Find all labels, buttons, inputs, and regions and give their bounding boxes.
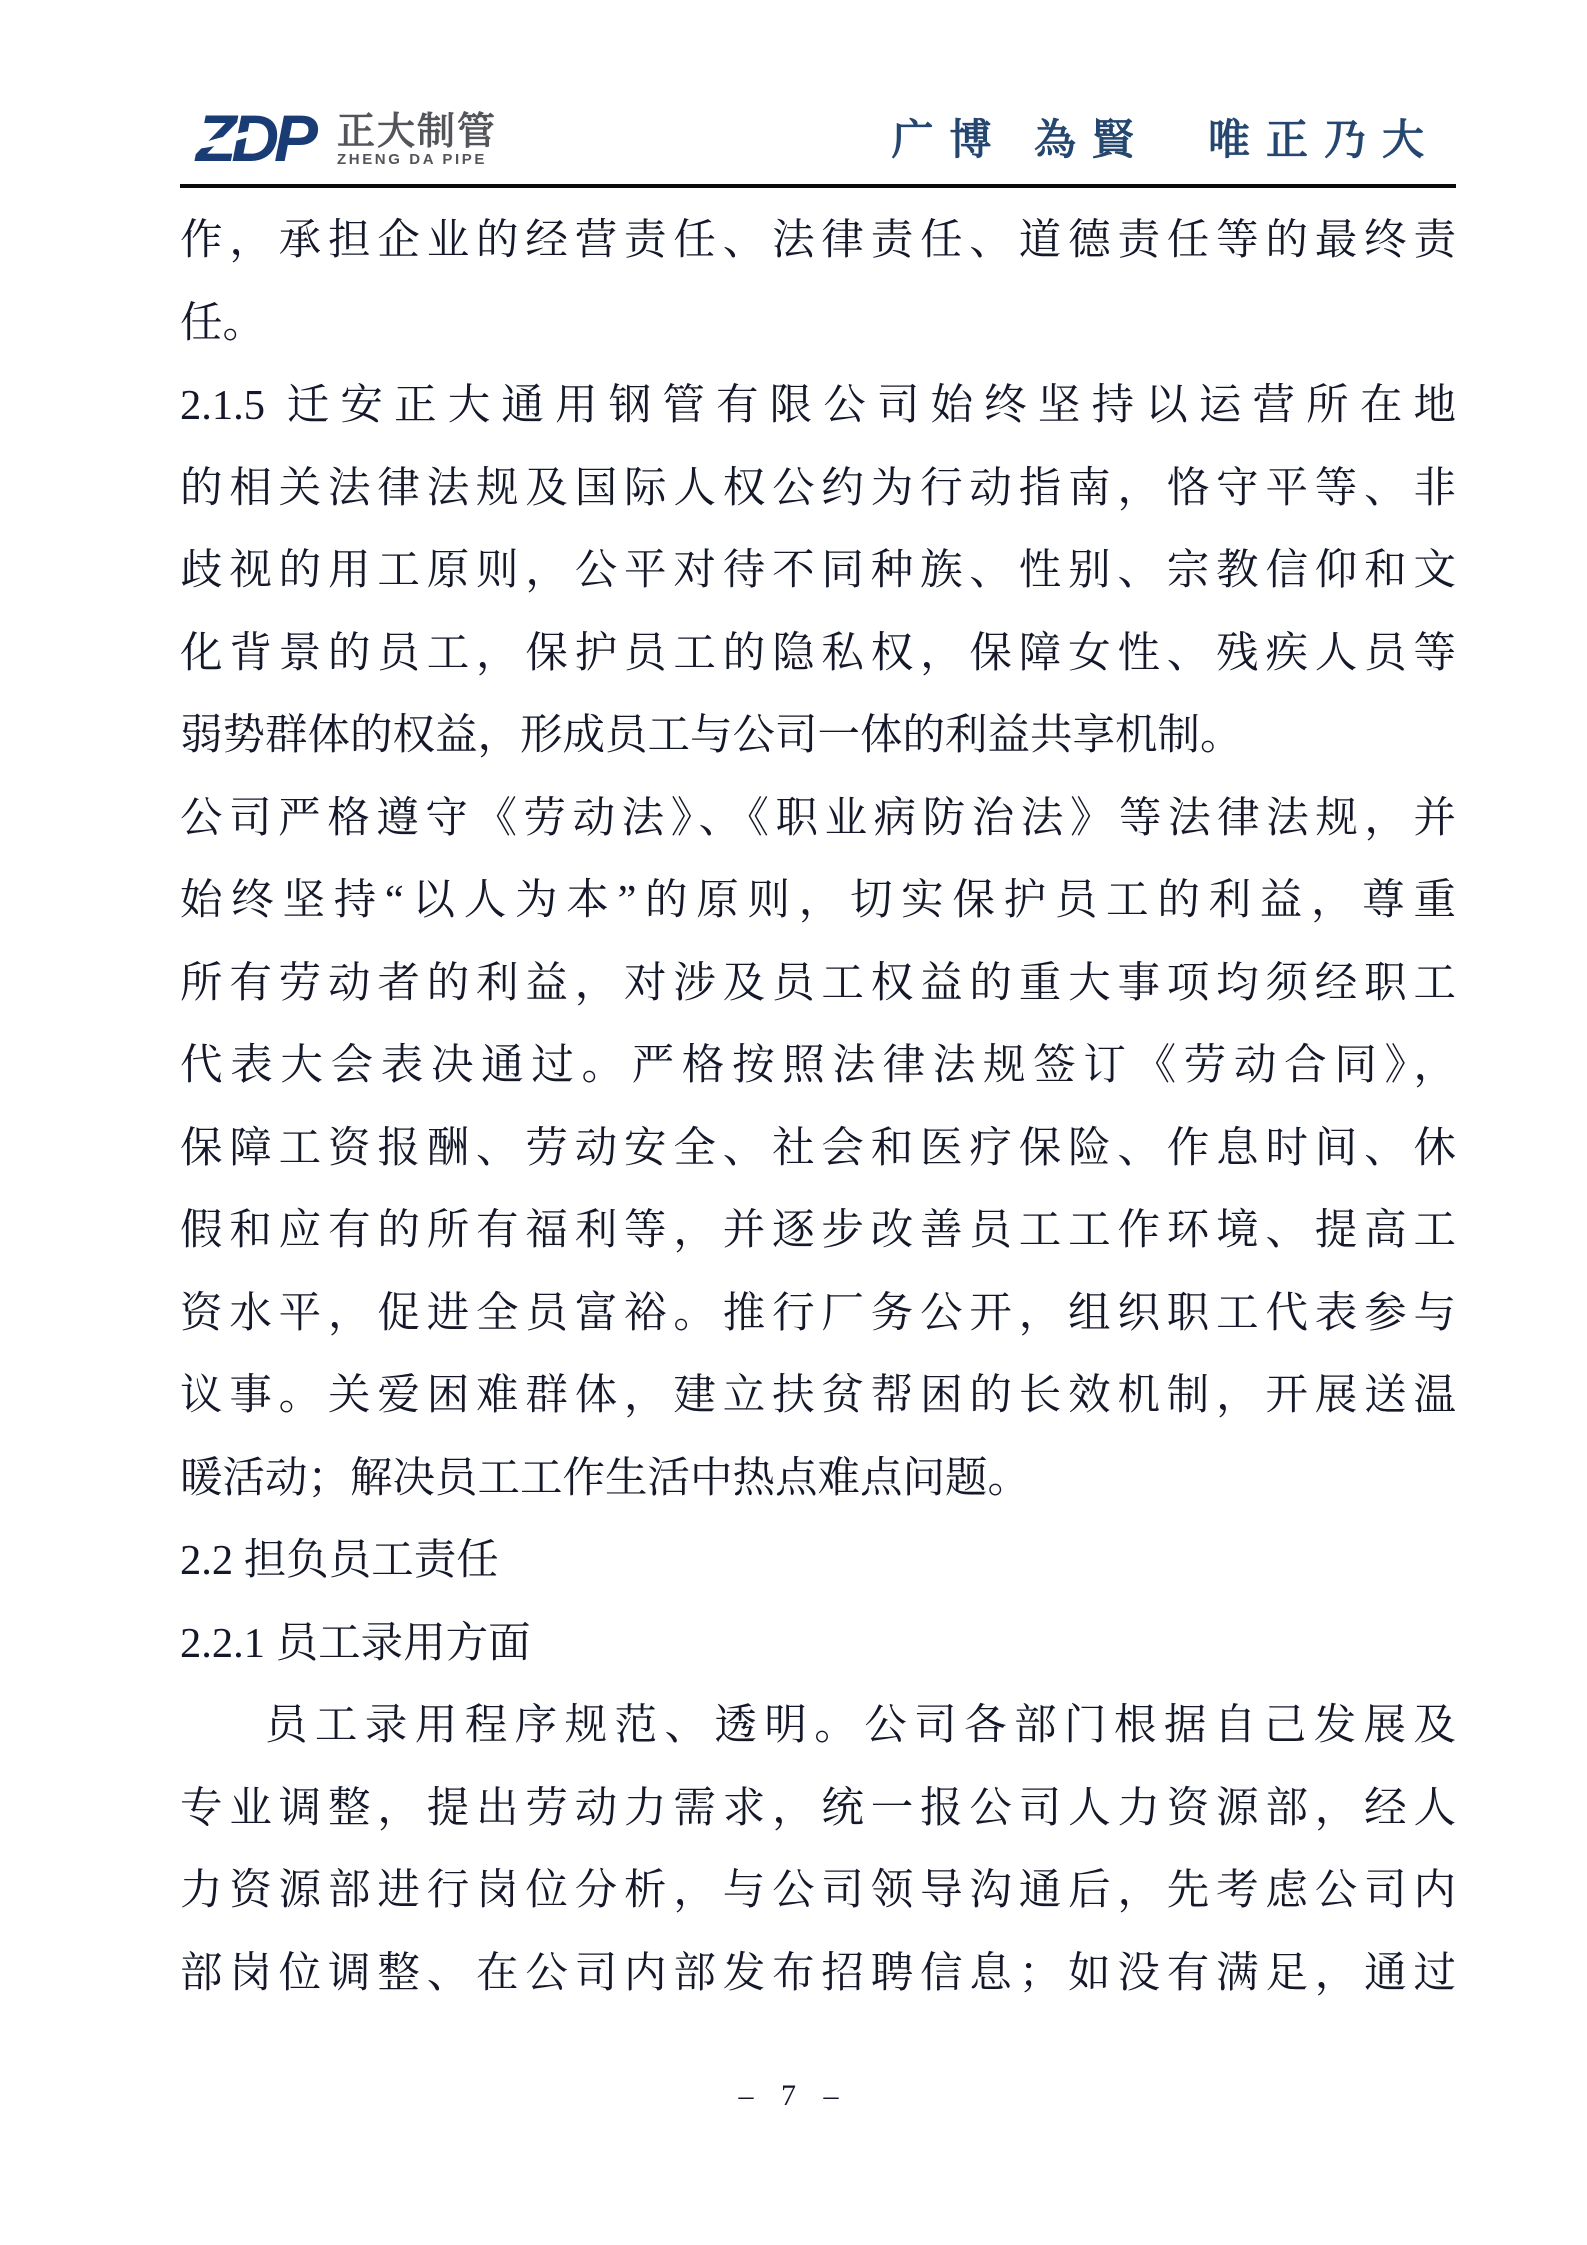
company-logo: ZDP 正大制管 ZHENG DA PIPE [196,110,497,168]
text-line: 歧视的用工原则，公平对待不同种族、性别、宗教信仰和文 [180,530,1456,613]
text-line: 2.2.1 员工录用方面 [180,1603,1456,1686]
text-line: 力资源部进行岗位分析，与公司领导沟通后，先考虑公司内 [180,1850,1456,1933]
header-slogan: 广博 為賢 唯正乃大 [891,118,1440,164]
text-line: 任。 [180,283,1456,366]
text-line: 保障工资报酬、劳动安全、社会和医疗保险、作息时间、休 [180,1108,1456,1191]
company-name-chinese: 正大制管 [337,114,497,150]
logo-wordmark: 正大制管 ZHENG DA PIPE [337,110,497,168]
text-line: 始终坚持“以人为本”的原则，切实保护员工的利益，尊重 [180,860,1456,943]
text-line: 部岗位调整、在公司内部发布招聘信息；如没有满足，通过 [180,1933,1456,2016]
text-line: 员工录用程序规范、透明。公司各部门根据自己发展及 [180,1685,1456,1768]
page-number: – 7 – [0,2078,1587,2114]
text-line: 代表大会表决通过。严格按照法律法规签订《劳动合同》， [180,1025,1456,1108]
text-line: 暖活动；解决员工工作生活中热点难点问题。 [180,1438,1456,1521]
company-name-english: ZHENG DA PIPE [337,151,497,168]
text-line: 假和应有的所有福利等，并逐步改善员工工作环境、提高工 [180,1190,1456,1273]
text-line: 化背景的员工，保护员工的隐私权，保障女性、残疾人员等 [180,613,1456,696]
text-line: 作，承担企业的经营责任、法律责任、道德责任等的最终责 [180,200,1456,283]
zdp-logo-mark: ZDP [196,110,313,166]
zdp-logo-letters: ZDP [196,101,313,175]
text-line: 的相关法律法规及国际人权公约为行动指南，恪守平等、非 [180,448,1456,531]
text-line: 资水平，促进全员富裕。推行厂务公开，组织职工代表参与 [180,1273,1456,1356]
text-line: 弱势群体的权益，形成员工与公司一体的利益共享机制。 [180,695,1456,778]
document-page: ZDP 正大制管 ZHENG DA PIPE 广博 為賢 唯正乃大 作，承担企业… [0,0,1587,2245]
text-line: 2.1.5 迁安正大通用钢管有限公司始终坚持以运营所在地 [180,365,1456,448]
header-divider-rule [180,184,1456,188]
text-line: 2.2 担负员工责任 [180,1520,1456,1603]
text-line: 公司严格遵守《劳动法》、《职业病防治法》等法律法规，并 [180,778,1456,861]
body-lines: 作，承担企业的经营责任、法律责任、道德责任等的最终责任。2.1.5 迁安正大通用… [180,200,1456,2015]
text-line: 专业调整，提出劳动力需求，统一报公司人力资源部，经人 [180,1768,1456,1851]
text-line: 议事。关爱困难群体，建立扶贫帮困的长效机制，开展送温 [180,1355,1456,1438]
text-line: 所有劳动者的利益，对涉及员工权益的重大事项均须经职工 [180,943,1456,1026]
